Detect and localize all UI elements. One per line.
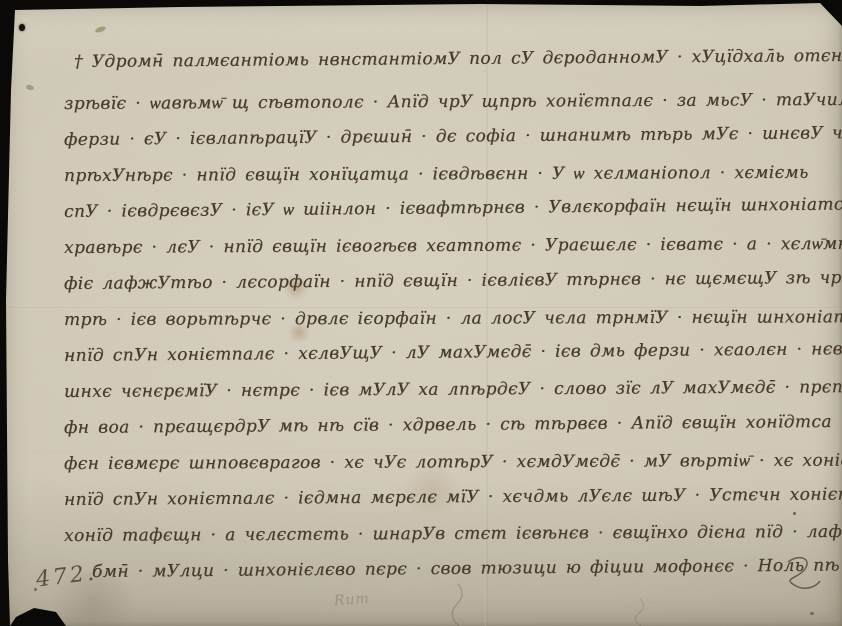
manuscript-line: нпїд спУн хонієтпалє · ієдмна мєрєлє мїУ…: [64, 477, 804, 518]
pigment-speck-2: [25, 84, 34, 91]
manuscript-line: хравѣрє · лєУ · нпїд євщїн ієвогѣєв хєат…: [64, 226, 804, 266]
pencil-note: Rum: [333, 591, 370, 609]
photo-stage: † Удромн̄ палмєантіомь нвнстантіомУ пол …: [0, 0, 842, 626]
parchment-sheet: † Удромн̄ палмєантіомь нвнстантіомУ пол …: [0, 0, 842, 626]
crease-squiggle-2: [635, 598, 643, 626]
manuscript-line: фіє лафжУтѣо · лєсорфаїн · нпїд євщїн · …: [64, 260, 804, 302]
manuscript-line: ферзи · єУ · ієвлапѣрацїУ · дрєшин̄ · дє…: [64, 116, 804, 158]
manuscript-line: бмн̄ · мУлци · шнхонієлєво пєрє · свов т…: [92, 548, 804, 590]
manuscript-line: нпїд спУн хонієтпалє · хєлвУщУ · лУ махУ…: [64, 332, 804, 374]
ink-speck-2: [810, 612, 814, 615]
wormhole-dot: [19, 24, 25, 31]
crease-squiggle-1: [452, 584, 462, 626]
manuscript-line: фн воа · прєащєрдрУ мѣ нѣ сїв · хдрвель …: [64, 404, 804, 446]
manuscript-line: фєн ієвмєрє шнповєврагов · хє чУє лотѣрУ…: [64, 443, 804, 482]
manuscript-text-block: † Удромн̄ палмєантіомь нвнстантіомУ пол …: [64, 44, 804, 590]
manuscript-line: шнхє чєнєрємїУ · нєтрє · ієв мУлУ ха лпѣ…: [64, 369, 804, 410]
pigment-speck-1: [94, 25, 106, 33]
manuscript-line: † Удромн̄ палмєантіомь нвнстантіомУ пол …: [74, 38, 804, 80]
manuscript-line: спУ · ієвдрєвєзУ · ієУ ѡ шіінлон · ієваф…: [64, 187, 804, 230]
